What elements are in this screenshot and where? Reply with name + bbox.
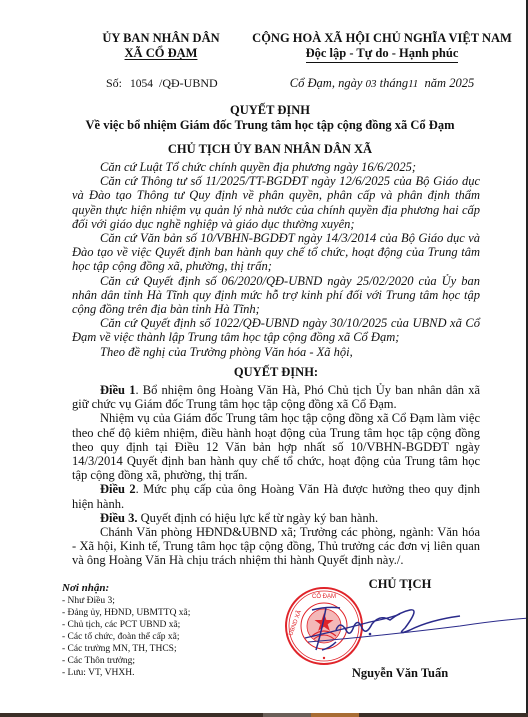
article-3-text: Quyết định có hiệu lực kể từ ngày ký ban… <box>138 511 379 525</box>
document-number: Số:1054/QĐ-UBND <box>106 76 218 91</box>
signature-icon <box>300 600 528 660</box>
preamble-item: Căn cứ Quyết định số 06/2020/QĐ-UBND ngà… <box>72 274 480 317</box>
preamble-item: Theo đề nghị của Trưởng phòng Văn hóa - … <box>72 345 480 359</box>
doc-number-code: /QĐ-UBND <box>159 76 218 90</box>
taskbar-item-active[interactable] <box>311 713 359 717</box>
country-name: CỘNG HOÀ XÃ HỘI CHỦ NGHĨA VIỆT NAM <box>244 31 520 46</box>
svg-text:CỔ ĐẠM: CỔ ĐẠM <box>312 593 336 600</box>
recipient-item: - Các trường MN, TH, THCS; <box>62 643 190 655</box>
article-1-label: Điều 1 <box>100 383 135 397</box>
article-2-label: Điều 2 <box>100 482 136 496</box>
article-3: Điều 3. Quyết định có hiệu lực kể từ ngà… <box>72 511 480 525</box>
date-year: năm 2025 <box>425 76 475 90</box>
taskbar-item[interactable] <box>263 713 311 717</box>
article-3-label: Điều 3. <box>100 511 138 525</box>
article-2: Điều 2. Mức phụ cấp của ông Hoàng Văn Hà… <box>72 482 480 510</box>
article-3-execution: Chánh Văn phòng HĐND&UBND xã; Trưởng các… <box>72 525 480 568</box>
issuing-authority: CHỦ TỊCH ỦY BAN NHÂN DÂN XÃ <box>60 142 480 157</box>
date-month: 11 <box>408 78 418 90</box>
agency-line-2: XÃ CỔ ĐẠM <box>86 46 236 61</box>
document-subtitle: Về việc bổ nhiệm Giám đốc Trung tâm học … <box>60 118 480 133</box>
doc-number-label: Số: <box>106 76 122 90</box>
document-page: ỦY BAN NHÂN DÂN XÃ CỔ ĐẠM CỘNG HOÀ XÃ HỘ… <box>0 0 526 713</box>
doc-number-value: 1054 <box>130 78 153 90</box>
date-place: Cổ Đạm, ngày <box>290 76 363 90</box>
signer-name: Nguyễn Văn Tuấn <box>320 666 480 681</box>
recipient-item: - Các tổ chức, đoàn thể cấp xã; <box>62 631 190 643</box>
recipient-item: - Đảng ủy, HĐND, UBMTTQ xã; <box>62 607 190 619</box>
recipient-item: - Lưu: VT, VHXH. <box>62 667 190 679</box>
preamble-item: Căn cứ Luật Tổ chức chính quyền địa phươ… <box>72 160 480 174</box>
recipients-block: Nơi nhận: - Như Điều 3; - Đảng ủy, HĐND,… <box>62 582 190 679</box>
decision-heading: QUYẾT ĐỊNH: <box>72 365 480 379</box>
date-day: 03 <box>366 78 377 90</box>
national-header: CỘNG HOÀ XÃ HỘI CHỦ NGHĨA VIỆT NAM Độc l… <box>244 31 520 63</box>
issuing-agency: ỦY BAN NHÂN DÂN XÃ CỔ ĐẠM <box>86 31 236 61</box>
document-body: Căn cứ Luật Tổ chức chính quyền địa phươ… <box>72 160 480 568</box>
recipient-item: - Chủ tịch, các PCT UBND xã; <box>62 619 190 631</box>
article-1-duty: Nhiệm vụ của Giám đốc Trung tâm học tập … <box>72 411 480 482</box>
date-month-label: tháng <box>380 76 408 90</box>
document-title: QUYẾT ĐỊNH <box>60 103 480 118</box>
national-motto: Độc lập - Tự do - Hạnh phúc <box>306 46 459 63</box>
article-1: Điều 1. Bổ nhiệm ông Hoàng Văn Hà, Phó C… <box>72 383 480 411</box>
recipient-item: - Như Điều 3; <box>62 595 190 607</box>
taskbar-strip <box>0 713 528 717</box>
recipients-label: Nơi nhận: <box>62 582 190 594</box>
agency-line-1: ỦY BAN NHÂN DÂN <box>86 31 236 46</box>
recipient-item: - Các Thôn trưởng; <box>62 655 190 667</box>
preamble-item: Căn cứ Văn bản số 10/VBHN-BGDĐT ngày 14/… <box>72 231 480 274</box>
preamble-item: Căn cứ Thông tư số 11/2025/TT-BGDĐT ngày… <box>72 174 480 231</box>
date-line: Cổ Đạm, ngày 03 tháng11 năm 2025 <box>244 76 520 91</box>
preamble-item: Căn cứ Quyết định số 1022/QĐ-UBND ngày 3… <box>72 316 480 344</box>
